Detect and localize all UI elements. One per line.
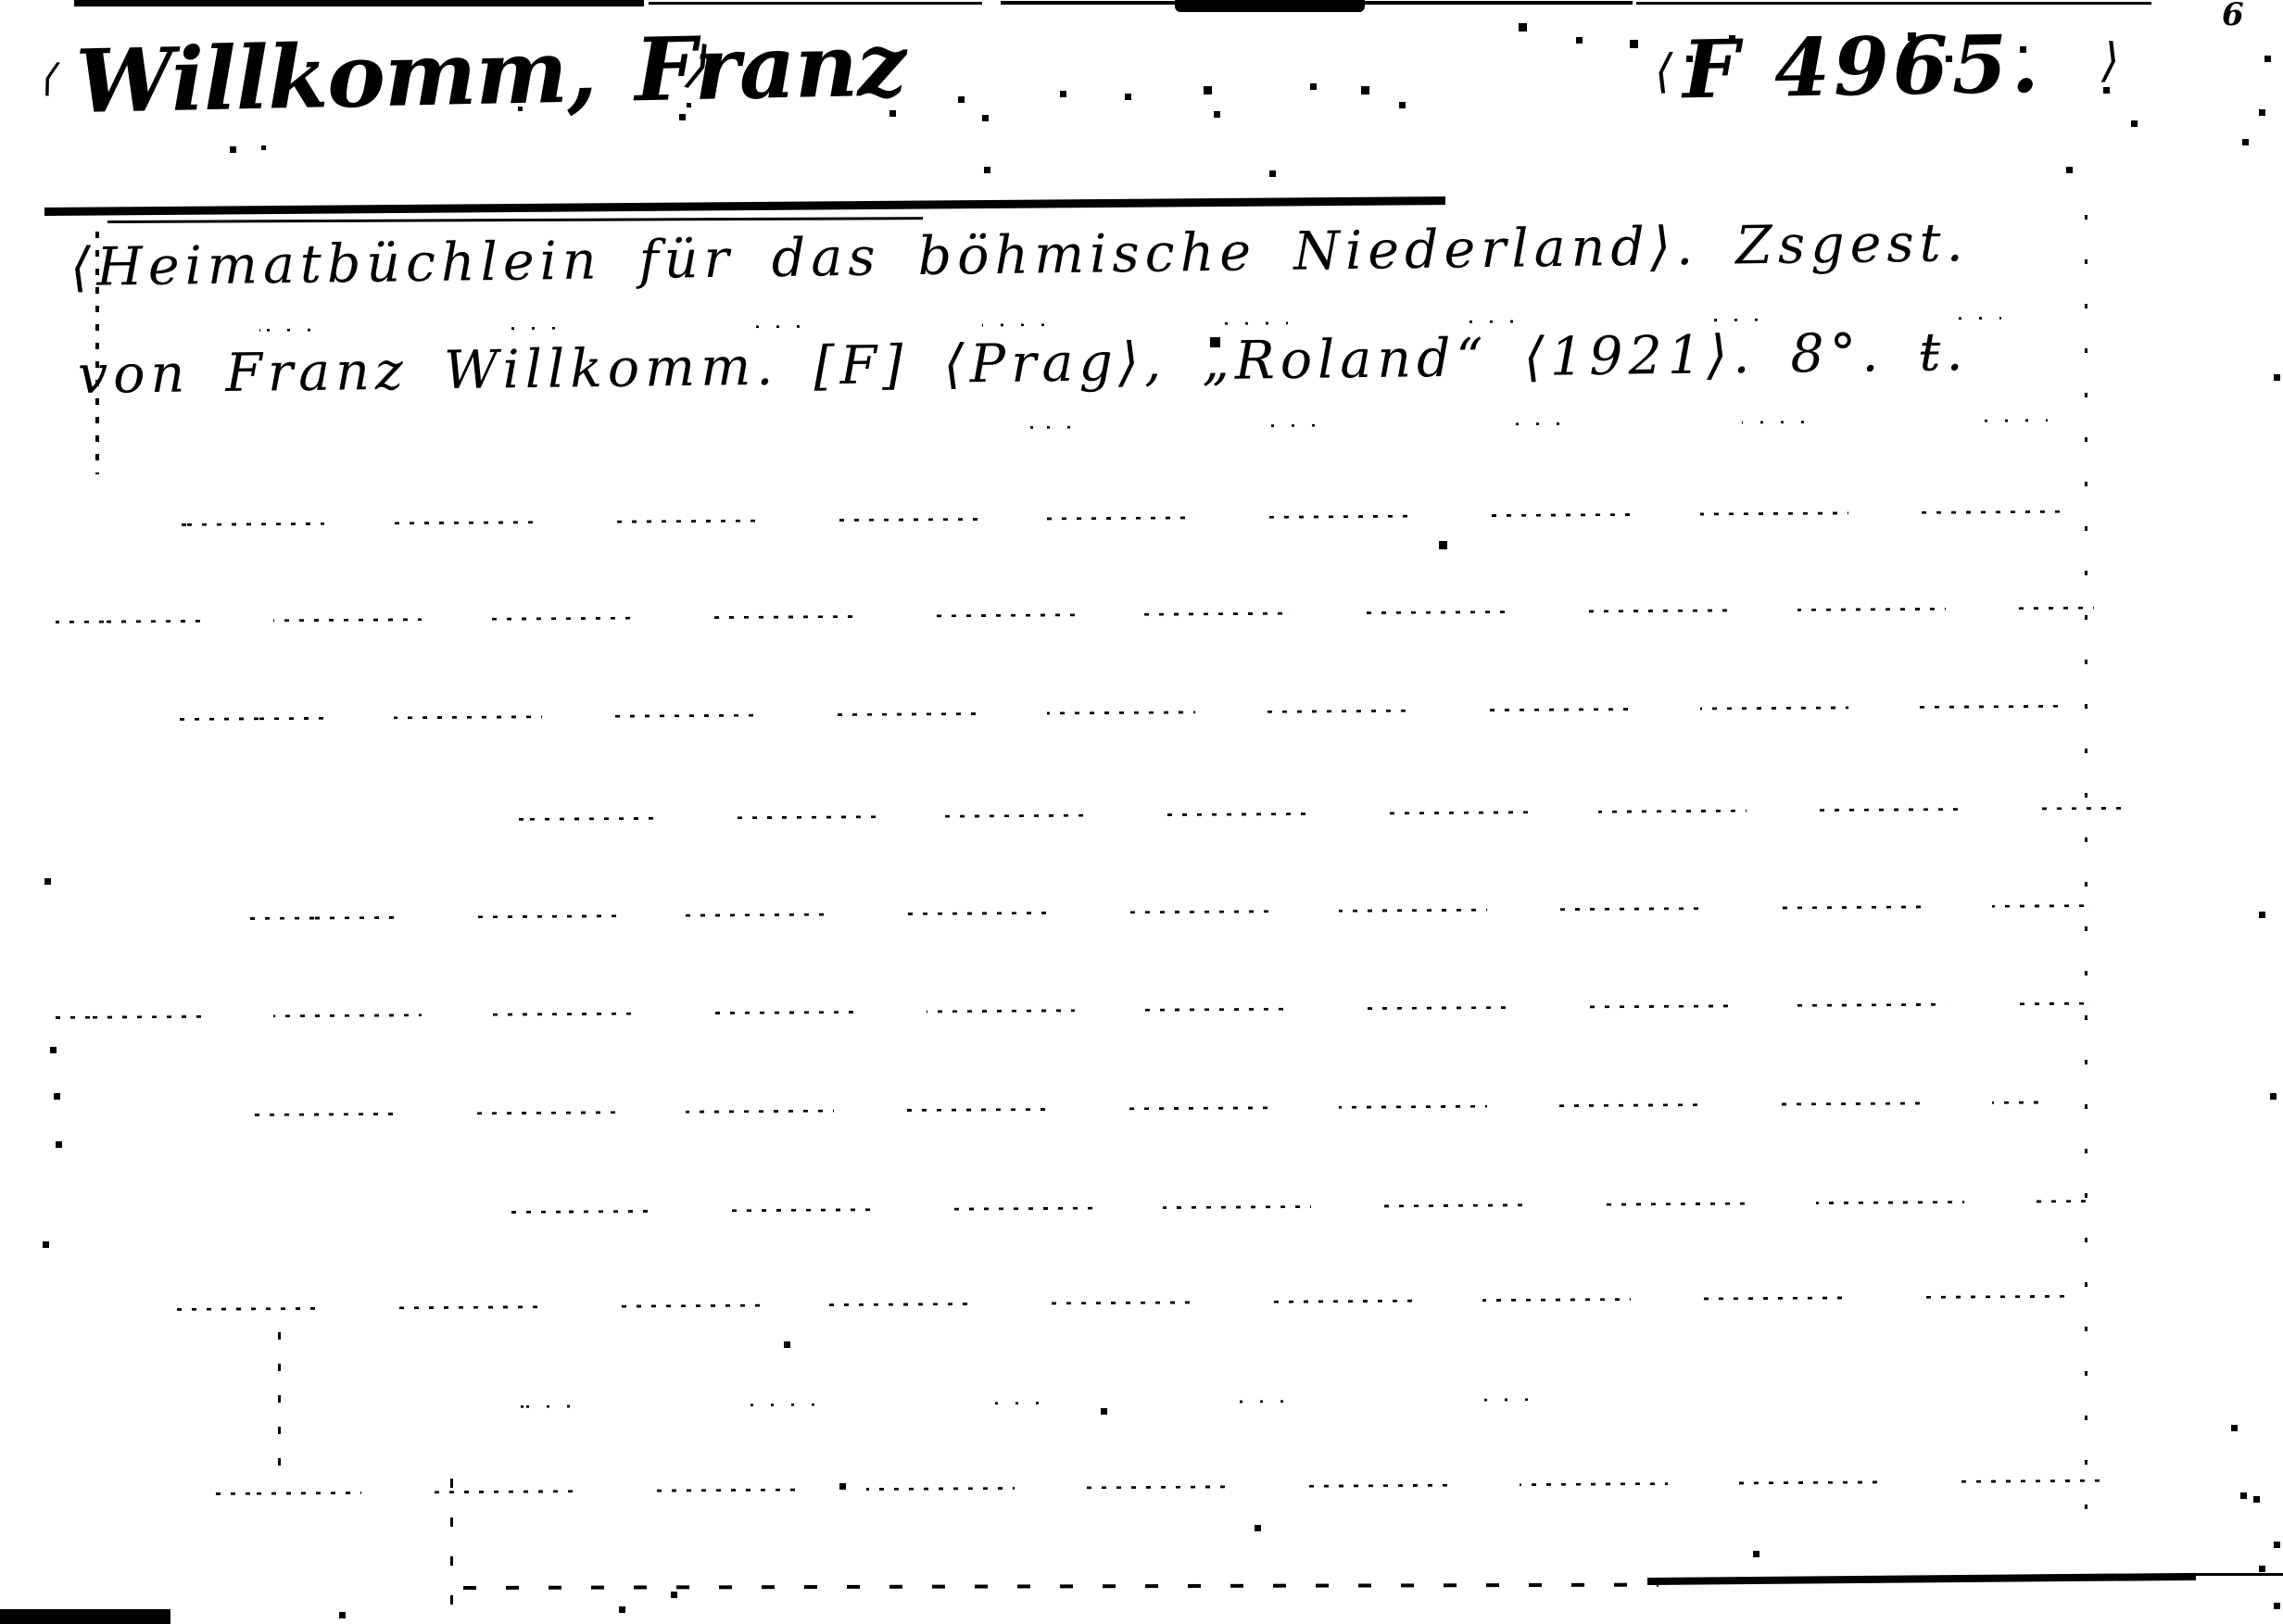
author-heading: Willkomm, Franz [75,14,907,133]
catalog-card: 6 ⟨ Willkomm, Franz ⟩ ⟨ F 4965. ⟩ ⟨Heima… [0,0,2283,1624]
ruled-line [250,1102,2038,1116]
top-edge-scan-artifact [74,0,644,6]
heading-underline [107,217,923,223]
ruled-line [176,705,2094,721]
bottom-rule-line [2187,1573,2283,1576]
margin-dotted-line [450,1479,453,1618]
ruled-line [510,1398,1575,1408]
ruled-line [176,510,2094,526]
margin-dotted-line [95,232,99,474]
ruled-line [176,1294,2103,1311]
imprint-line: von Franz Willkomm. [F] ⟨Prag⟩, „Roland“… [78,321,1969,406]
heading-open-bracket: ⟨ [40,54,61,101]
shelfmark: ⟨ F 4965. ⟩ [1655,20,2119,114]
margin-dotted-line [2085,215,2087,1540]
shelfmark-open-bracket: ⟨ [1655,44,1673,98]
ruled-line [510,807,2122,821]
shelfmark-number: F 4965. [1682,18,2043,118]
bottom-rule-line [463,1583,1659,1590]
top-edge-scan-artifact [649,2,982,5]
shelfmark-close-bracket: ⟩ [2101,33,2120,87]
top-edge-scan-artifact [1636,2,2151,5]
ruled-line [56,1002,2094,1019]
bottom-edge-scan-artifact [0,1609,170,1624]
scan-noise [0,0,3,3]
top-edge-scan-artifact [1175,0,1365,12]
margin-dotted-line [278,1332,281,1467]
bottom-rule-line [1647,1573,2196,1585]
ruled-line [250,904,2094,920]
ruled-line [1019,419,2075,429]
title-line: ⟨Heimatbüchlein für das böhmische Nieder… [70,212,1969,298]
ruled-line [510,1200,2094,1214]
ruled-line [56,607,2094,623]
ruled-line [213,1479,2122,1495]
heading-underline [44,196,1445,216]
corner-mark: 6 [2222,0,2244,33]
